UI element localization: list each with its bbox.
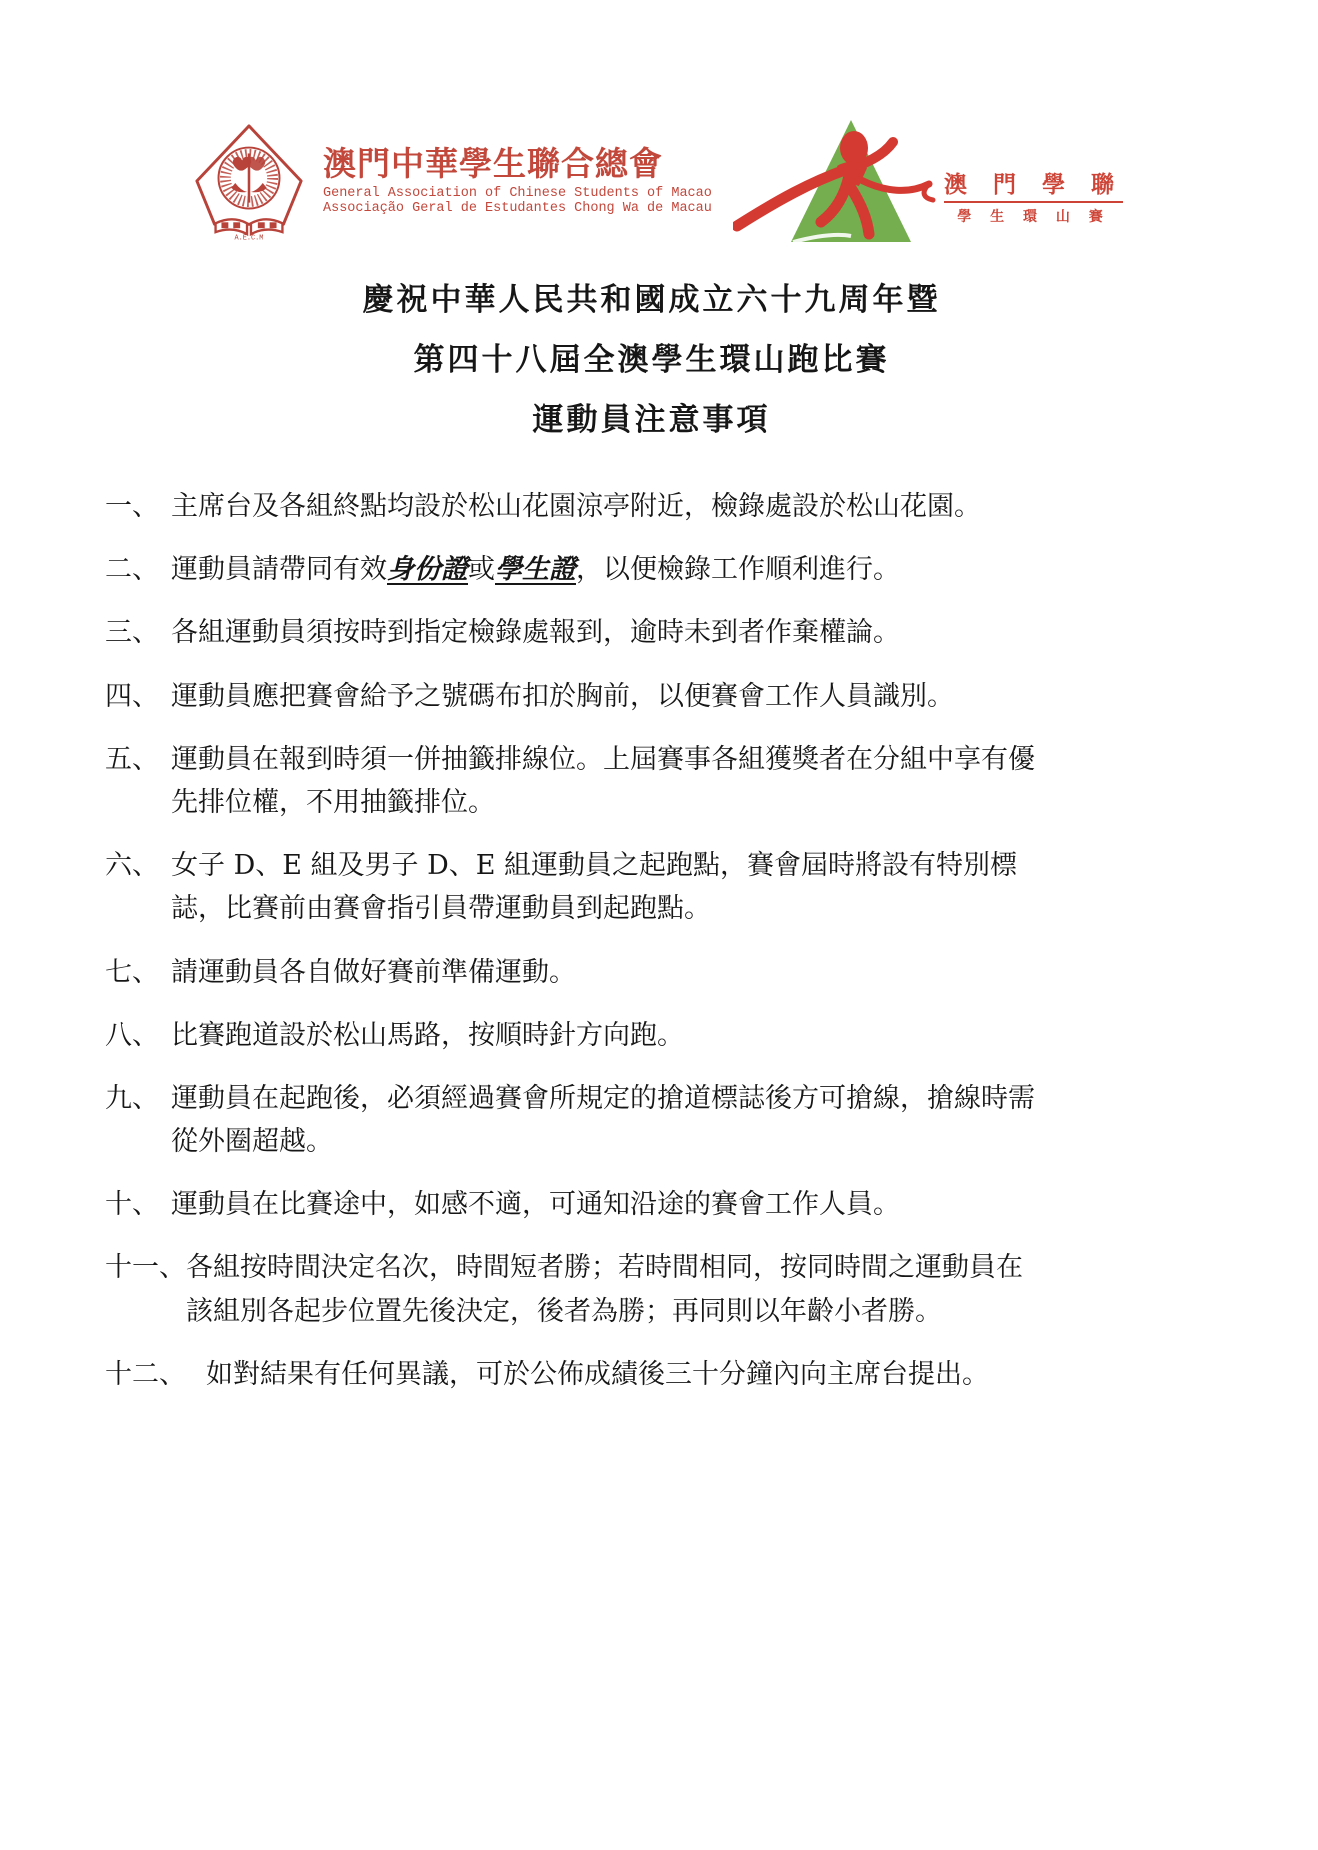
item-number: 七、 xyxy=(105,951,171,994)
notice-item-4: 四、 運動員應把賽會給予之號碼布扣於胸前，以便賽會工作人員識別。 xyxy=(105,675,1198,718)
item-text-segment: ，以便檢錄工作順利進行。 xyxy=(576,554,900,585)
item-number: 九、 xyxy=(105,1077,171,1163)
item-number: 十一、 xyxy=(105,1246,186,1332)
notice-list: 一、 主席台及各組終點均設於松山花園涼亭附近，檢錄處設於松山花園。 二、 運動員… xyxy=(105,485,1198,1396)
notice-item-7: 七、 請運動員各自做好賽前準備運動。 xyxy=(105,951,1198,994)
item-text: 如對結果有任何異議，可於公佈成績後三十分鐘內向主席台提出。 xyxy=(206,1353,989,1396)
item-number: 十二、 xyxy=(105,1353,186,1396)
notice-item-5: 五、 運動員在報到時須一併抽籤排線位。上屆賽事各組獲獎者在分組中享有優 先排位權… xyxy=(105,738,1198,824)
notice-item-10: 十、 運動員在比賽途中，如感不適，可通知沿途的賽會工作人員。 xyxy=(105,1183,1198,1226)
item-text: 運動員應把賽會給予之號碼布扣於胸前，以便賽會工作人員識別。 xyxy=(171,675,1198,718)
federation-logo-block: 澳 門 學 聯 學 生 環 山 賽 xyxy=(733,118,1123,244)
notice-item-9: 九、 運動員在起跑後，必須經過賽會所規定的搶道標誌後方可搶線，搶線時需 從外圈超… xyxy=(105,1077,1198,1163)
item-text-segment: 運動員請帶同有效 xyxy=(171,554,387,585)
mountain-runner-logo-icon xyxy=(733,118,938,244)
item-text: 請運動員各自做好賽前準備運動。 xyxy=(171,951,1198,994)
notice-item-3: 三、 各組運動員須按時到指定檢錄處報到，逾時未到者作棄權論。 xyxy=(105,611,1198,654)
item-text: 運動員在起跑後，必須經過賽會所規定的搶道標誌後方可搶線，搶線時需 從外圈超越。 xyxy=(171,1077,1198,1163)
federation-titles: 澳 門 學 聯 學 生 環 山 賽 xyxy=(944,166,1123,226)
item-number: 四、 xyxy=(105,675,171,718)
id-card-emphasis: 身份證 xyxy=(387,554,468,585)
student-card-emphasis: 學生證 xyxy=(495,554,576,585)
item-text: 比賽跑道設於松山馬路，按順時針方向跑。 xyxy=(171,1014,1198,1057)
federation-subtitle-zh: 學 生 環 山 賽 xyxy=(957,206,1110,226)
association-title-pt: Associação Geral de Estudantes Chong Wa … xyxy=(323,201,712,217)
item-text: 女子 D、E 組及男子 D、E 組運動員之起跑點，賽會屆時將設有特別標 誌，比賽… xyxy=(171,844,1198,930)
notice-item-8: 八、 比賽跑道設於松山馬路，按順時針方向跑。 xyxy=(105,1014,1198,1057)
item-number: 一、 xyxy=(105,485,171,528)
header: A.E.C.M 澳門中華學生聯合總會 General Association o… xyxy=(105,122,1198,244)
document-page: A.E.C.M 澳門中華學生聯合總會 General Association o… xyxy=(0,0,1318,1396)
notice-item-6: 六、 女子 D、E 組及男子 D、E 組運動員之起跑點，賽會屆時將設有特別標 誌… xyxy=(105,844,1198,930)
notice-item-11: 十一、 各組按時間決定名次，時間短者勝；若時間相同，按同時間之運動員在 該組別各… xyxy=(105,1246,1198,1332)
notice-item-2: 二、 運動員請帶同有效身份證或學生證，以便檢錄工作順利進行。 xyxy=(105,548,1198,591)
association-title-zh: 澳門中華學生聯合總會 xyxy=(323,145,712,183)
association-logo-block: A.E.C.M 澳門中華學生聯合總會 General Association o… xyxy=(185,122,712,240)
document-titles: 慶祝中華人民共和國成立六十九周年暨 第四十八屆全澳學生環山跑比賽 運動員注意事項 xyxy=(105,284,1198,437)
item-text: 各組按時間決定名次，時間短者勝；若時間相同，按同時間之運動員在 該組別各起步位置… xyxy=(186,1246,1198,1332)
notice-item-1: 一、 主席台及各組終點均設於松山花園涼亭附近，檢錄處設於松山花園。 xyxy=(105,485,1198,528)
item-number: 十、 xyxy=(105,1183,171,1226)
item-text: 主席台及各組終點均設於松山花園涼亭附近，檢錄處設於松山花園。 xyxy=(171,485,1198,528)
notice-item-12: 十二、 如對結果有任何異議，可於公佈成績後三十分鐘內向主席台提出。 xyxy=(105,1353,1198,1396)
title-line-1: 慶祝中華人民共和國成立六十九周年暨 xyxy=(105,284,1198,317)
item-number: 八、 xyxy=(105,1014,171,1057)
association-titles: 澳門中華學生聯合總會 General Association of Chines… xyxy=(323,145,712,217)
emblem-caption-text: A.E.C.M xyxy=(235,235,264,240)
item-text: 運動員請帶同有效身份證或學生證，以便檢錄工作順利進行。 xyxy=(171,548,1198,591)
association-title-en: General Association of Chinese Students … xyxy=(323,186,712,202)
item-number: 五、 xyxy=(105,738,171,824)
item-text: 運動員在比賽途中，如感不適，可通知沿途的賽會工作人員。 xyxy=(171,1183,1198,1226)
item-number: 三、 xyxy=(105,611,171,654)
item-number: 六、 xyxy=(105,844,171,930)
association-emblem-icon: A.E.C.M xyxy=(185,122,313,240)
item-number: 二、 xyxy=(105,548,171,591)
title-line-2: 第四十八屆全澳學生環山跑比賽 xyxy=(105,344,1198,377)
item-text: 各組運動員須按時到指定檢錄處報到，逾時未到者作棄權論。 xyxy=(171,611,1198,654)
federation-title-zh: 澳 門 學 聯 xyxy=(944,166,1123,203)
title-line-3: 運動員注意事項 xyxy=(105,404,1198,437)
item-text-segment: 或 xyxy=(468,554,495,585)
item-text: 運動員在報到時須一併抽籤排線位。上屆賽事各組獲獎者在分組中享有優 先排位權，不用… xyxy=(171,738,1198,824)
